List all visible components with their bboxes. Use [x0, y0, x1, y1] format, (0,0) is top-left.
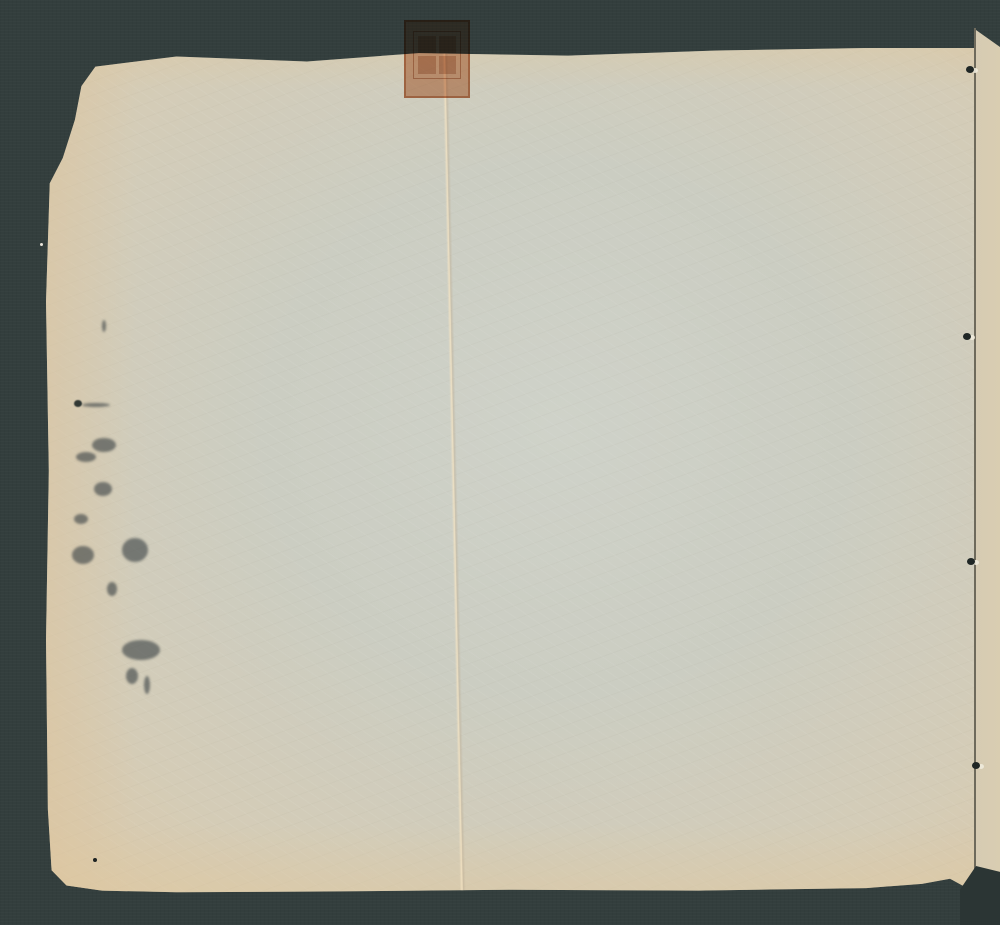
ink-spot	[93, 858, 97, 862]
adjacent-page-edge	[976, 30, 1000, 882]
ink-mark	[74, 514, 88, 524]
seal-glyph-grid	[413, 31, 461, 79]
stitch-hole-icon	[967, 558, 975, 565]
ink-mark	[76, 452, 96, 462]
ink-mark	[92, 438, 116, 452]
binding-label: stitched binding edge	[974, 28, 975, 29]
binding-spine: stitched binding edge	[974, 28, 976, 886]
stitch-hole-icon	[972, 762, 980, 769]
ink-mark	[82, 403, 110, 407]
ink-mark	[72, 546, 94, 564]
paper-edge-discoloration-bottom	[46, 824, 978, 894]
paper-sheet	[46, 48, 978, 894]
ink-mark	[94, 482, 112, 496]
marginalia-label: faint vertical ink marks (illegible)	[62, 310, 63, 311]
stitch-hole-icon	[966, 66, 974, 73]
ink-mark	[144, 676, 150, 694]
marginalia-ink-marks: faint vertical ink marks (illegible)	[62, 310, 172, 710]
ink-mark	[122, 640, 160, 660]
seal-glyph	[439, 36, 457, 54]
ink-mark	[126, 668, 138, 684]
seal-glyph	[439, 56, 457, 74]
ink-mark	[102, 320, 106, 332]
seal-glyph	[418, 36, 436, 54]
seal-stamp: red seal stamp	[404, 20, 470, 98]
ink-mark	[107, 582, 117, 596]
ink-mark	[122, 538, 148, 562]
stitch-hole-icon	[963, 333, 971, 340]
seal-glyph	[418, 56, 436, 74]
paper-fiber-texture	[46, 48, 978, 894]
ink-spot	[40, 243, 43, 246]
ink-mark	[74, 400, 82, 407]
